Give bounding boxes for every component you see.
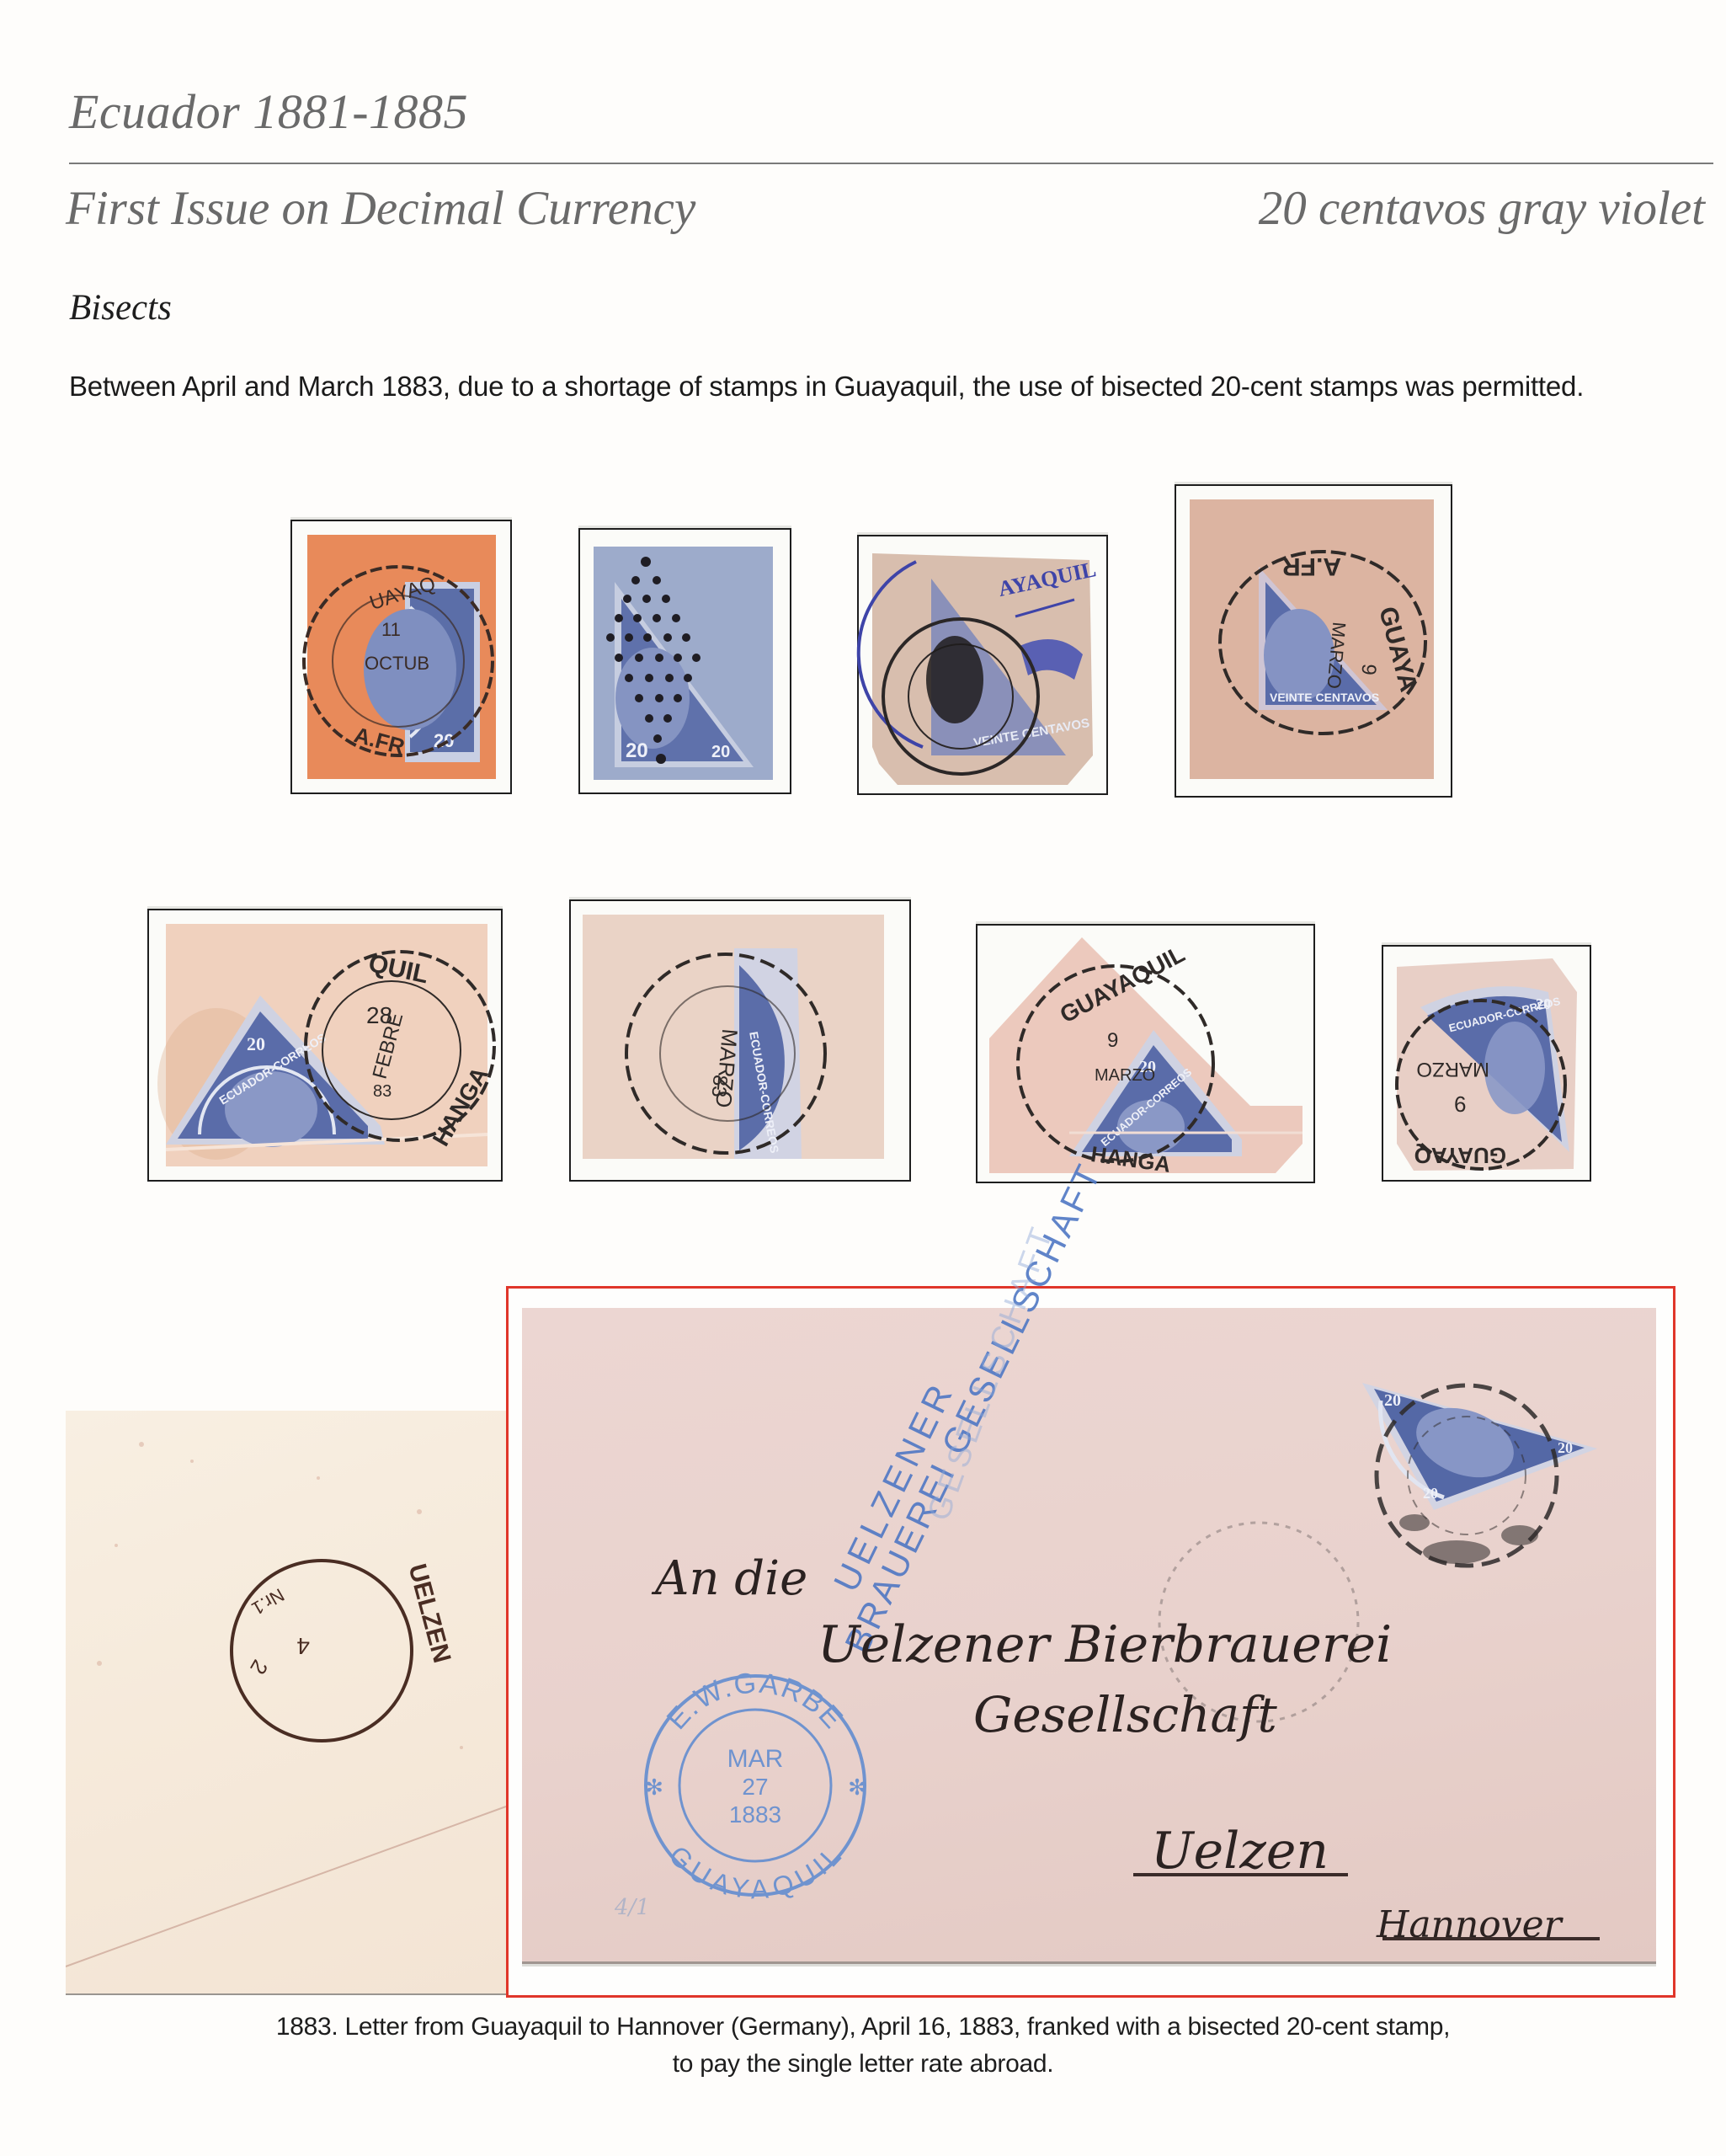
bisect-stamp-diagonal-half: VEINTE CENTAVOS A.FR GUAYA MARZO 9 (1190, 499, 1434, 779)
svg-text:6: 6 (1454, 1091, 1466, 1117)
envelope-face: UELZENER BRAUEREI GESELLSCHAFT GESELLSCH… (522, 1308, 1656, 1961)
bisect-stamp-vertical-half: 20 UAYAQ 11 OCTUB A.FR (307, 535, 496, 779)
svg-text:20: 20 (1536, 995, 1551, 1012)
stamp-piece-8: ECUADOR-CORREOS 20 MARZO 6 GUAYAQ (1397, 958, 1577, 1171)
caption-line-1: 1883. Letter from Guayaquil to Hannover … (0, 2009, 1726, 2046)
svg-text:A.FR: A.FR (1282, 552, 1341, 580)
stamp-piece-2: 20 20 (594, 547, 773, 780)
brewery-handstamp: UELZENER BRAUEREI GESELLSCHAFT (804, 1139, 1110, 1659)
caption-line-2: to pay the single letter rate abroad. (0, 2046, 1726, 2083)
svg-text:1883: 1883 (729, 1801, 781, 1828)
header-divider (69, 163, 1713, 164)
svg-text:E.W.GARBE: E.W.GARBE (661, 1667, 850, 1736)
svg-text:20: 20 (1384, 1391, 1401, 1410)
svg-text:VEINTE CENTAVOS: VEINTE CENTAVOS (1270, 691, 1379, 704)
svg-text:MAR: MAR (727, 1745, 784, 1773)
svg-text:GESELLSCHAFT: GESELLSCHAFT (921, 1219, 1062, 1525)
section-heading: Bisects (69, 290, 172, 326)
garbe-receiving-cancel: E.W.GARBE GUAYAQUIL MAR 27 1883 ✻ ✻ (645, 1667, 866, 1904)
svg-text:GUAYAQ: GUAYAQ (1414, 1143, 1506, 1168)
stamp-piece-4: VEINTE CENTAVOS A.FR GUAYA MARZO 9 (1190, 499, 1434, 779)
stamp-mount-5: 20 ECUADOR-CORREOS QUIL 28 FEBRE 83 HANG… (147, 909, 503, 1182)
backside-image: UELZEN 4 Nr.1 2 (66, 1411, 506, 1993)
svg-text:9: 9 (1107, 1029, 1118, 1052)
cover-backside-flap: UELZEN 4 Nr.1 2 (66, 1411, 506, 1995)
svg-text:MARZO: MARZO (1095, 1066, 1155, 1085)
svg-text:9: 9 (1356, 663, 1380, 676)
stamp-mount-6: ECUADOR-CORREOS MARZO 83 (569, 899, 911, 1182)
bisect-stamp-diagonal-half: ECUADOR-CORREOS 20 MARZO 6 GUAYAQ (1397, 958, 1577, 1171)
stamp-piece-1: 20 UAYAQ 11 OCTUB A.FR (307, 535, 496, 779)
stamp-piece-3: AYAQUIL VEINTE CENTAVOS (872, 553, 1093, 785)
svg-text:✻: ✻ (645, 1774, 663, 1800)
stamp-value-subtitle: 20 centavos gray violet (1259, 184, 1705, 234)
stamp-mount-7: 20 ECUADOR-CORREOS GUAYAQUIL 9 MARZO HAN… (976, 924, 1315, 1183)
svg-text:OCTUB: OCTUB (365, 653, 429, 674)
bisect-stamp-diagonal-half: 20 20 (594, 547, 773, 780)
svg-text:11: 11 (381, 619, 401, 640)
stamp-mount-2: 20 20 (578, 528, 791, 794)
intro-paragraph: Between April and March 1883, due to a s… (69, 362, 1669, 410)
svg-text:4: 4 (296, 1633, 310, 1659)
bisect-stamp-on-cut-piece: 20 ECUADOR-CORREOS GUAYAQUIL 9 MARZO HAN… (989, 937, 1302, 1173)
issue-subtitle: First Issue on Decimal Currency (66, 184, 695, 234)
svg-text:Uelzen: Uelzen (1151, 1822, 1329, 1881)
svg-text:✻: ✻ (848, 1774, 866, 1800)
stamp-mount-8: ECUADOR-CORREOS 20 MARZO 6 GUAYAQ (1382, 945, 1591, 1182)
bisect-stamp-vertical-half: ECUADOR-CORREOS MARZO 83 (583, 915, 884, 1159)
cover-caption: 1883. Letter from Guayaquil to Hannover … (0, 2009, 1726, 2083)
stamp-piece-7: 20 ECUADOR-CORREOS GUAYAQUIL 9 MARZO HAN… (989, 937, 1302, 1173)
svg-text:20: 20 (711, 743, 730, 761)
bisected-franking-stamp: 20 20 20 (1362, 1383, 1597, 1510)
svg-text:Gesellschaft: Gesellschaft (973, 1686, 1277, 1743)
svg-text:20: 20 (1423, 1485, 1438, 1502)
svg-text:20: 20 (1558, 1439, 1573, 1456)
stamp-mount-4: VEINTE CENTAVOS A.FR GUAYA MARZO 9 (1175, 484, 1452, 798)
stamp-value-text: 20 (434, 730, 454, 751)
svg-text:20: 20 (247, 1033, 265, 1054)
uelzen-arrival-postmark: UELZEN 4 Nr.1 2 (232, 1561, 455, 1741)
stamp-mount-1: 20 UAYAQ 11 OCTUB A.FR (290, 520, 512, 794)
pencil-note: 4/1 (614, 1895, 650, 1920)
svg-text:83: 83 (373, 1082, 392, 1101)
page-title: Ecuador 1881-1885 (69, 88, 468, 136)
svg-text:27: 27 (742, 1774, 768, 1800)
bisect-stamp-on-cover-fragment: AYAQUIL VEINTE CENTAVOS (872, 553, 1093, 785)
svg-text:83: 83 (707, 1074, 732, 1098)
svg-text:Uelzener Bierbrauerei: Uelzener Bierbrauerei (818, 1615, 1392, 1674)
bisect-stamp-diagonal-half: 20 ECUADOR-CORREOS QUIL 28 FEBRE 83 HANG… (166, 924, 487, 1166)
stamp-mount-3: AYAQUIL VEINTE CENTAVOS (857, 535, 1108, 795)
svg-text:20: 20 (626, 739, 648, 762)
svg-text:MARZO: MARZO (1416, 1058, 1489, 1081)
svg-text:2: 2 (245, 1656, 273, 1679)
stamp-piece-6: ECUADOR-CORREOS MARZO 83 (583, 915, 884, 1159)
svg-text:An die: An die (651, 1551, 807, 1606)
cover-envelope: UELZENER BRAUEREI GESELLSCHAFT GESELLSCH… (522, 1308, 1656, 1961)
svg-text:GUAYAQUIL: GUAYAQUIL (663, 1839, 848, 1904)
stamp-piece-5: 20 ECUADOR-CORREOS QUIL 28 FEBRE 83 HANG… (166, 924, 487, 1166)
